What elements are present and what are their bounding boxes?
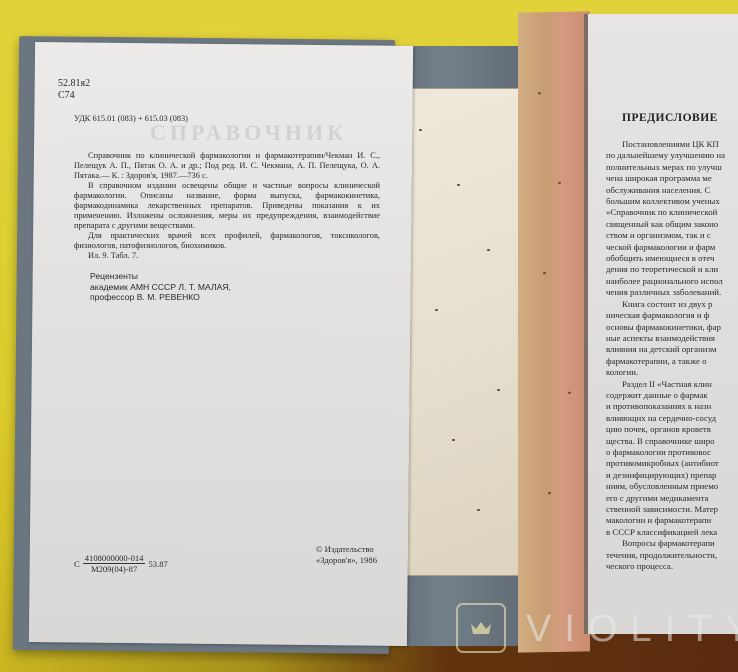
preface-line: Раздел II «Частная клин [606,379,738,390]
show-through-title: СПРАВОЧНИК [150,120,347,146]
preface-line: ническая фармакология и ф [606,310,738,321]
preface-line: макологии и фармакотерапи [606,515,738,526]
preface-line: «Справочник по клинической [606,207,738,218]
preface-line: противомикробных (антибиот [606,458,738,469]
library-code: 52.81я2 С74 [58,78,90,102]
preface-line: наиболее рационального испол [606,276,738,287]
crown-icon [470,621,492,635]
preface-line: о фармакологии противовос [606,447,738,458]
preface-line: ческого процесса. [606,561,738,572]
preface-line: ческой фармакологии и фарм [606,242,738,253]
preface-line: ниям, обусловленным приемо [606,481,738,492]
preface-line: полнительных мерах по улучш [606,162,738,173]
preface-line: влияющих на сердечно-сосуд [606,413,738,424]
bibliographic-description: Справочник по клинической фармакологии и… [74,151,380,261]
preface-line: течения, продолжительности, [606,550,738,561]
endpaper [396,88,532,576]
preface-line: обслуживания населения. С [606,185,738,196]
preface-line: и противопоказаниях к назн [606,401,738,412]
preface-body: Постановлениями ЦК КПпо дальнейшему улуч… [606,139,738,572]
reviewers: Рецензенты академик АМН СССР Л. Т. МАЛАЯ… [90,271,231,303]
preface-line: ные аспекты взаимодействия [606,333,738,344]
preface-line: Книга состоит из двух р [606,299,738,310]
watermark-text: VIOLITY [526,608,738,651]
preface-line: и дезинфицирующих) препар [606,470,738,481]
preface-line: его с другими медикамента [606,493,738,504]
preface-line: в СССР классификацией лека [606,527,738,538]
preface-line: по дальнейшему улучшению на [606,150,738,161]
preface-line: кологии. [606,367,738,378]
preface-line: Постановлениями ЦК КП [606,139,738,150]
preface-line: большим коллективом ученых [606,196,738,207]
copyright-notice: © Издательство «Здоров'я», 1986 [316,544,377,566]
preface-line: содержит данные о фармак [606,390,738,401]
watermark-logo [456,603,506,653]
torn-cover-board [518,11,590,652]
preface-line: цию почек, органов кроветв [606,424,738,435]
preface-line: обобщить имеющиеся в отеч [606,253,738,264]
preface-line: Вопросы фармакотерапи [606,538,738,549]
preface-line: дения по теоретической и кли [606,264,738,275]
preface-line: ственной зависимости. Матер [606,504,738,515]
preface-line: чена широкая программа ме [606,173,738,184]
preface-line: щества. В справочнике широ [606,436,738,447]
preface-title: ПРЕДИСЛОВИЕ [622,112,718,124]
preface-line: фармакотерапии, а также о [606,356,738,367]
preface-line: влияния на детский организм [606,344,738,355]
catalog-fraction: 4108000000-014 М209(04)-87 [83,553,146,574]
catalog-index: С 4108000000-014 М209(04)-87 53.87 [74,553,168,574]
preface-line: ством и организмом, так и с [606,230,738,241]
preface-line: основы фармакокинетики, фар [606,322,738,333]
preface-line: чения различных заболеваний. [606,287,738,298]
preface-line: священный как общим законо [606,219,738,230]
